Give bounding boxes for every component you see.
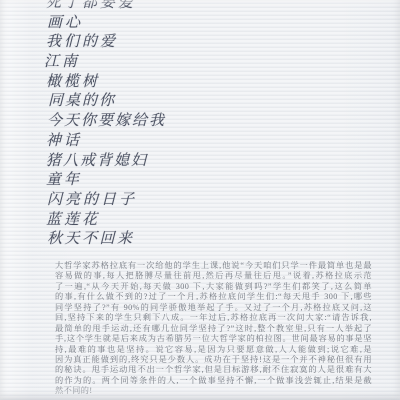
scanned-page: 死了都要爱 画心 我们的爱 江南 橄榄树 同桌的你 今天你要嫁给我 神话 猪八戒…	[0, 0, 400, 400]
paragraph-line: 最简单的甩手运动,还有哪几位同学坚持了?”这时,整个教室里,只有一人举起了	[55, 324, 372, 334]
song-title: 闪亮的日子	[47, 190, 166, 210]
song-title: 橄榄树	[46, 72, 166, 92]
paragraph-line: 容易做的事,每人把胳膊尽量往前甩,然后再尽量往后甩。”说着,苏格拉底示范	[55, 271, 372, 281]
song-title: 江南	[44, 52, 166, 72]
song-title: 秋天不回来	[47, 229, 166, 249]
paragraph-line: 的作为的。两个同等条件的人,一个做事坚持不懈,一个做事浅尝辄止,结果是截	[55, 376, 372, 386]
paragraph-line: 的事,有什么做不到的?过了一个月,苏格拉底问学生们:“每天甩手 300 下,哪些	[55, 292, 372, 302]
song-title: 神话	[46, 131, 166, 151]
song-title: 死了都要爱	[46, 0, 166, 13]
song-title: 今天你要嫁给我	[47, 111, 166, 131]
paragraph-line: 同学坚持了?”有 90%的同学骄傲地举起了手。又过了一个月,苏格拉底又问,这	[55, 303, 372, 313]
printed-story-paragraph: 大哲学家苏格拉底有一次给他的学生上课,他说“今天咱们只学一件最简单也是最 容易做…	[55, 261, 372, 394]
song-title: 猪八戒背媳妇	[46, 151, 166, 171]
handwritten-song-list: 死了都要爱 画心 我们的爱 江南 橄榄树 同桌的你 今天你要嫁给我 神话 猪八戒…	[46, 0, 166, 249]
song-title: 画心	[47, 13, 166, 33]
paragraph-line: 的秘诀。甩手运动甩不出一个哲学家,但是目标游移,耐不住寂寞的人是很难有大	[55, 365, 372, 375]
paragraph-line: 然不同的!	[55, 386, 372, 394]
paragraph-line: 因为真正能做到的,终究只是少数人。成功在于坚持!这是一个并不神秘但很有用	[55, 355, 372, 365]
paragraph-line: 了一遍,“从今天开始,每天做 300 下,大家能做到吗?”学生们都笑了,这么简单	[55, 282, 372, 292]
paragraph-line: 大哲学家苏格拉底有一次给他的学生上课,他说“今天咱们只学一件最简单也是最	[55, 261, 372, 271]
paragraph-line: 持,最难的事也是坚持。说它容易,是因为只要愿意做,人人能做到;说它难,是	[55, 345, 372, 355]
song-title: 同桌的你	[48, 91, 166, 111]
song-title: 蓝莲花	[46, 210, 166, 230]
song-title: 我们的爱	[46, 32, 166, 52]
paragraph-line: 手,这个学生就是后来成为古希腊另一位大哲学家的柏拉图。世间最容易的事是坚	[55, 334, 372, 344]
song-title: 童年	[46, 170, 166, 190]
paragraph-line: 回,坚持下来的学生只剩下八成。一年过后,苏格拉底再一次问大家:“请告诉我,	[55, 313, 372, 323]
